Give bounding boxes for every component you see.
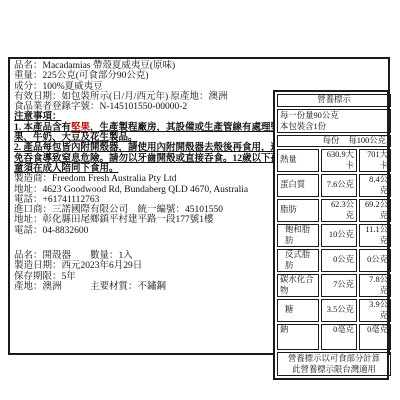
per-100g-value: 0公克	[359, 249, 391, 272]
opener-origin-material-line: 產地：澳洲 主要材質：不鏽鋼	[14, 282, 270, 292]
table-row: 蛋白質 7.6公克 8.4公克	[277, 174, 391, 197]
manufacturer-address-line: 地址：4623 Goodwood Rd, Bundaberg QLD 4670,…	[14, 185, 270, 195]
nutrition-facts-border: 營養標示 每一份量90公克 本包裝含1份 每份 每100公克	[273, 90, 389, 380]
registration-line: 食品業者登錄字號：N-145101550-00000-2	[14, 102, 270, 112]
product-label-sheet: 品名：Macadamias 帶殼夏威夷豆(原味) 重量：225公克(可食部分90…	[0, 0, 400, 400]
per-100g-value: 69.2公克	[359, 199, 391, 222]
allergen-note-suffix: ，生產製程廠房，其設備或生產管線有處理堅	[90, 123, 280, 133]
nutrient-label: 糖	[277, 299, 319, 322]
allergen-keyword: 堅果	[71, 123, 90, 133]
opener-name-qty-line: 品名：開殼器 數量：1入	[14, 251, 270, 261]
nutrient-label: 熱量	[277, 149, 319, 172]
table-row: 鈉 0毫克 0毫克	[277, 324, 391, 350]
label-border-box: 品名：Macadamias 帶殼夏威夷豆(原味) 重量：225公克(可食部分90…	[8, 57, 390, 355]
notice-heading: 注意事項：	[14, 112, 270, 122]
per-serving-header: 每份	[323, 136, 340, 147]
nutrient-label: 碳水化合物	[277, 274, 319, 297]
opener-note-line-1: 2. 產品每包皆內附開殼器，請使用內附開殼器去殼後再食用，避	[14, 143, 270, 153]
nutrition-title: 營養標示	[277, 94, 391, 107]
manufacturer-phone-line: 電話：+61741112763	[14, 195, 270, 205]
column-header-cell: 每份 每100公克	[277, 135, 391, 148]
expiry-origin-line: 有效日期：如包裝所示(日/月/西元年) 原產地：澳洲	[14, 92, 270, 102]
per-serving-value: 10公克	[321, 224, 357, 247]
importer-phone-line: 電話：04-8832600	[14, 226, 270, 236]
opener-note-line-3: 童須在成人陪同下食用。	[14, 164, 270, 174]
per-100g-value: 3.9公克	[359, 299, 391, 322]
per-100g-value: 11.1公克	[359, 224, 391, 247]
nutrient-label: 蛋白質	[277, 174, 319, 197]
per-serving-value: 630.9大卡	[321, 149, 357, 172]
nutrition-facts-table: 營養標示 每一份量90公克 本包裝含1份 每份 每100公克	[275, 92, 393, 378]
table-row: 飽和脂肪 10公克 11.1公克	[277, 224, 391, 247]
per-serving-value: 0毫克	[321, 324, 357, 350]
allergen-note-prefix: 1. 本產品含有	[14, 123, 71, 133]
per-100g-value: 8.4公克	[359, 174, 391, 197]
nutrient-label: 脂肪	[277, 199, 319, 222]
table-row: 糖 3.5公克 3.9公克	[277, 299, 391, 322]
footnote-line-1: 營養標示以可食部分計算	[280, 353, 388, 364]
nutrition-facts-panel: 營養標示 每一份量90公克 本包裝含1份 每份 每100公克	[273, 90, 389, 380]
footnote-line-2: 此營養標示限台灣適用	[280, 364, 388, 375]
ingredients-line: 成分：100%夏威夷豆	[14, 82, 270, 92]
per-100g-value: 0毫克	[359, 324, 391, 350]
servings-per-pack-text: 本包裝含1份	[280, 121, 388, 132]
table-row: 熱量 630.9大卡 701大卡	[277, 149, 391, 172]
product-name-line: 品名：Macadamias 帶殼夏威夷豆(原味)	[14, 61, 270, 71]
allergen-note-line-2: 果、牛奶、大豆及花生製品。	[14, 133, 270, 143]
manufacturer-line: 製造商：Freedom Fresh Australia Pty Ltd	[14, 174, 270, 184]
serving-size-text: 每一份量90公克	[280, 110, 388, 121]
per-serving-value: 62.3公克	[321, 199, 357, 222]
per-100g-value: 7.8公克	[359, 274, 391, 297]
product-info-section: 品名：Macadamias 帶殼夏威夷豆(原味) 重量：225公克(可食部分90…	[14, 61, 270, 292]
opener-mfg-date-line: 製造日期：西元2023年6月29日	[14, 261, 270, 271]
per-serving-value: 7.6公克	[321, 174, 357, 197]
per-100g-header: 每100公克	[348, 136, 386, 147]
weight-line: 重量：225公克(可食部分90公克)	[14, 71, 270, 81]
allergen-note-line-1: 1. 本產品含有堅果，生產製程廠房，其設備或生產管線有處理堅	[14, 123, 270, 133]
nutrient-label: 鈉	[277, 324, 319, 350]
importer-address-line: 地址：彰化縣田尾鄉鎮平村建平路一段177號1樓	[14, 215, 270, 225]
table-row: 反式脂肪 0公克 0公克	[277, 249, 391, 272]
serving-info-cell: 每一份量90公克 本包裝含1份	[277, 109, 391, 133]
per-serving-value: 0公克	[321, 249, 357, 272]
nutrient-label: 反式脂肪	[277, 249, 319, 272]
table-row: 脂肪 62.3公克 69.2公克	[277, 199, 391, 222]
importer-line: 進口商：三諾國際有限公司 統一編號：45101550	[14, 205, 270, 215]
table-row: 碳水化合物 7公克 7.8公克	[277, 274, 391, 297]
per-serving-value: 7公克	[321, 274, 357, 297]
per-serving-value: 3.5公克	[321, 299, 357, 322]
nutrition-footnote-cell: 營養標示以可食部分計算 此營養標示限台灣適用	[277, 352, 391, 376]
opener-note-line-2: 免吞食導致窒息危險。請勿以牙齒開殼或直接吞食。12歲以下孩	[14, 154, 270, 164]
nutrient-label: 飽和脂肪	[277, 224, 319, 247]
per-100g-value: 701大卡	[359, 149, 391, 172]
opener-shelf-life-line: 保存期限：5年	[14, 272, 270, 282]
